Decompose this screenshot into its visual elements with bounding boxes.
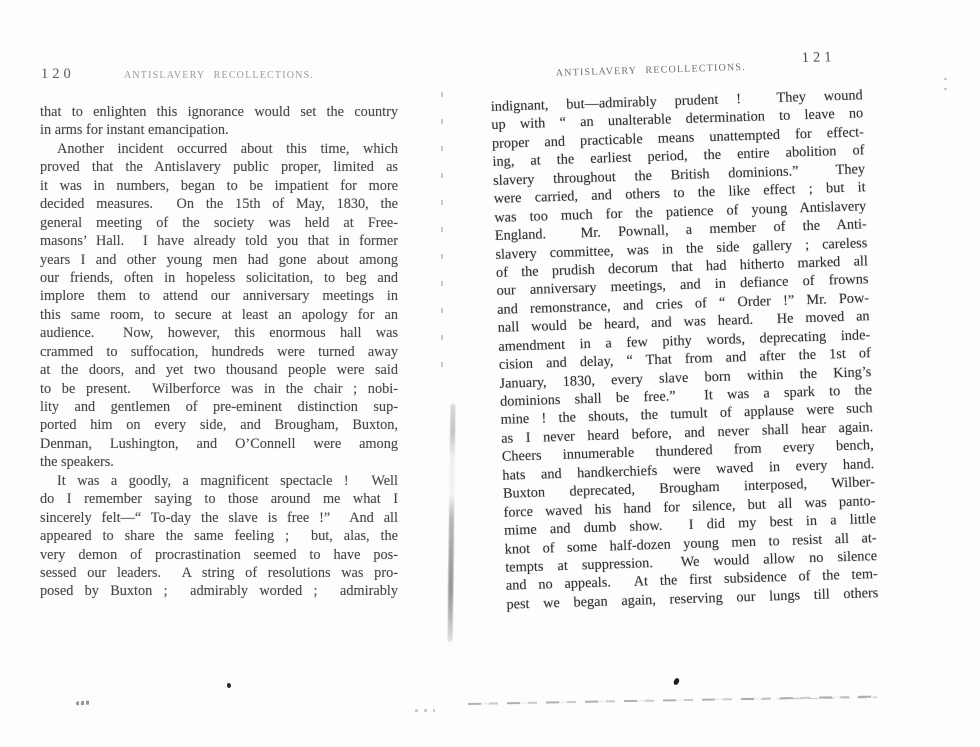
text-line: implore them to attend our anniversary m…	[40, 287, 398, 305]
text-line: that to enlighten this ignorance would s…	[40, 103, 398, 121]
text-line: the speakers.	[40, 453, 398, 471]
text-line: posed by Buxton ; admirably worded ; adm…	[40, 582, 398, 600]
page-left: 120 ANTISLAVERY RECOLLECTIONS. that to e…	[40, 64, 398, 601]
text-line: general meeting of the society was held …	[40, 214, 398, 232]
text-line: our friends, often in hopeless solicitat…	[40, 269, 398, 287]
text-line: this same room, to secure at least an ap…	[40, 306, 398, 324]
text-line: audience. Now, however, this enormous ha…	[40, 324, 398, 342]
text-line: ported him on every side, and Brougham, …	[40, 416, 398, 434]
ink-spot-left-page	[227, 683, 231, 688]
page-right-body: indignant, but—admirably prudent ! They …	[491, 86, 879, 614]
text-line: it was in numbers, began to be impatient…	[40, 177, 398, 195]
text-line: in arms for instant emancipation.	[40, 121, 398, 139]
text-line: It was a goodly, a magnificent spectacle…	[40, 472, 398, 490]
text-line: do I remember saying to those around me …	[40, 490, 398, 508]
text-line: sincerely felt—“ To-day the slave is fre…	[40, 509, 398, 527]
ink-spot-right-page	[673, 677, 680, 685]
text-line: lity and gentlemen of pre-eminent distin…	[40, 398, 398, 416]
text-line: very demon of procrastination seemed to …	[40, 546, 398, 564]
gutter-dashed-line	[441, 92, 443, 388]
ink-squiggle-mark	[76, 701, 90, 706]
page-left-body: that to enlighten this ignorance would s…	[40, 103, 398, 601]
text-line: at the doors, and yet two thousand peopl…	[40, 361, 398, 379]
page-number-right: 121	[801, 49, 835, 67]
book-scan: 120 ANTISLAVERY RECOLLECTIONS. that to e…	[0, 0, 980, 747]
text-line: to be present. Wilberforce was in the ch…	[40, 380, 398, 398]
text-line: crammed to suffocation, hundreds were tu…	[40, 343, 398, 361]
right-edge-specks	[944, 78, 947, 94]
bottom-scan-line	[468, 695, 878, 704]
text-line: proved that the Antislavery public prope…	[40, 158, 398, 176]
gutter-specks	[415, 709, 435, 712]
text-line: Denman, Lushington, and O’Connell were a…	[40, 435, 398, 453]
text-line: appeared to share the same feeling ; but…	[40, 527, 398, 545]
page-left-header: 120 ANTISLAVERY RECOLLECTIONS.	[40, 64, 398, 84]
gutter-shadow-streak	[448, 404, 456, 642]
text-line: masons’ Hall. I have already told you th…	[40, 232, 398, 250]
text-line: years I and other young men had gone abo…	[40, 251, 398, 269]
page-right-header: ANTISLAVERY RECOLLECTIONS. 121	[489, 50, 861, 82]
text-line: sessed our leaders. A string of resoluti…	[40, 564, 398, 582]
page-number-left: 120	[41, 66, 75, 83]
running-title-left: ANTISLAVERY RECOLLECTIONS.	[40, 64, 398, 81]
bottom-scan-line-2	[745, 697, 877, 700]
text-line: decided measures. On the 15th of May, 18…	[40, 195, 398, 213]
text-line: Another incident occurred about this tim…	[40, 140, 398, 158]
page-right: ANTISLAVERY RECOLLECTIONS. 121 indignant…	[489, 50, 878, 614]
